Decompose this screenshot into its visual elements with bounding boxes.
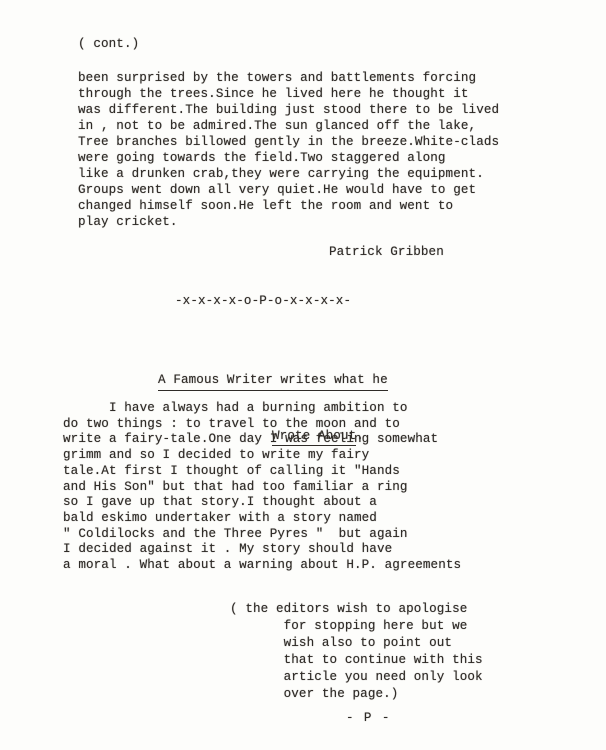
text-line: like a drunken crab,they were carrying t… [78,166,499,182]
text-line: wish also to point out [230,635,483,652]
text-line: for stopping here but we [230,618,483,635]
text-line: a moral . What about a warning about H.P… [63,558,461,574]
text-line: Groups went down all very quiet.He would… [78,182,499,198]
text-line: write a fairy-tale.One day I was feeling… [63,432,461,448]
text-line: and His Son" but that had too familiar a… [63,480,461,496]
text-line: that to continue with this [230,652,483,669]
continuation-label: ( cont.) [78,36,139,52]
article-title-line1: A Famous Writer writes what he [158,371,388,391]
author-name: Patrick Gribben [329,244,444,260]
article-title-line1-text: A Famous Writer writes what he [158,371,388,391]
section-divider: -x-x-x-x-o-P-o-x-x-x-x- [175,293,351,309]
article-paragraph: I have always had a burning ambition tod… [63,401,461,574]
text-line: ( the editors wish to apologise [230,601,483,618]
story-paragraph: been surprised by the towers and battlem… [78,70,499,230]
text-line: been surprised by the towers and battlem… [78,70,499,86]
text-line: were going towards the field.Two stagger… [78,150,499,166]
text-line: I have always had a burning ambition to [63,401,461,417]
text-line: in , not to be admired.The sun glanced o… [78,118,499,134]
text-line: do two things : to travel to the moon an… [63,417,461,433]
text-line: play cricket. [78,214,499,230]
text-line: Tree branches billowed gently in the bre… [78,134,499,150]
text-line: changed himself soon.He left the room an… [78,198,499,214]
text-line: tale.At first I thought of calling it "H… [63,464,461,480]
text-line: was different.The building just stood th… [78,102,499,118]
text-line: " Coldilocks and the Three Pyres " but a… [63,527,461,543]
text-line: over the page.) [230,686,483,703]
editors-note: ( the editors wish to apologise for stop… [230,601,483,702]
document-page: ( cont.) been surprised by the towers an… [0,0,606,750]
page-number: - P - [346,710,391,726]
text-line: bald eskimo undertaker with a story name… [63,511,461,527]
text-line: grimm and so I decided to write my fairy [63,448,461,464]
text-line: through the trees.Since he lived here he… [78,86,499,102]
text-line: so I gave up that story.I thought about … [63,495,461,511]
text-line: I decided against it . My story should h… [63,542,461,558]
text-line: article you need only look [230,669,483,686]
